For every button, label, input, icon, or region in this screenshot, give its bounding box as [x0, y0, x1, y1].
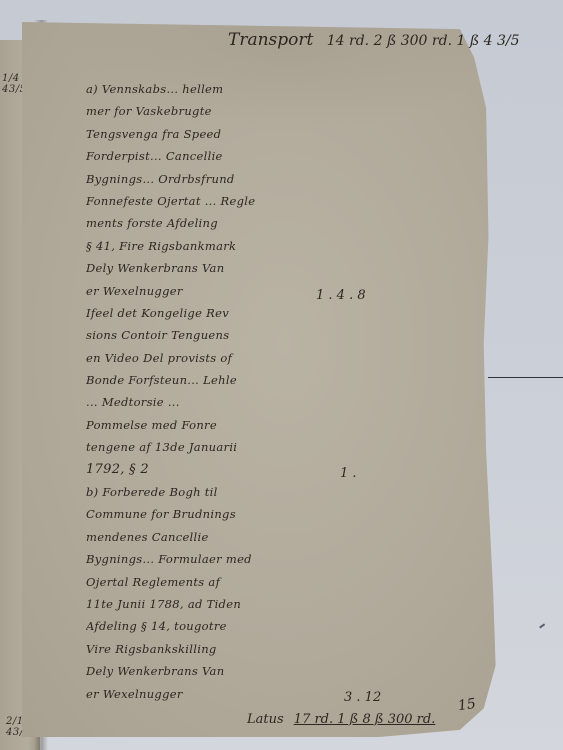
entry-line: 11te Junii 1788, ad Tiden: [86, 593, 396, 615]
entry-line: Dely Wenkerbrans Van: [86, 257, 396, 279]
entry-line: Bygnings... Ordrbsfrund: [86, 168, 396, 190]
entry-line: § 41, Fire Rigsbankmark: [86, 235, 396, 257]
corner-page-mark: 15: [457, 696, 477, 714]
entry-line: mendenes Cancellie: [86, 526, 396, 548]
transport-amounts: 14 rd. 2 ß 300 rd. 1 ß 4 3/5: [327, 33, 520, 49]
entry-b-amount: 3 . 12: [344, 690, 381, 705]
entry-line: Pommelse med Fonre: [86, 414, 396, 436]
background-thread: [488, 377, 563, 378]
latus-footer: Latus 17 rd. 1 ß 8 ß 300 rd.: [247, 712, 435, 727]
entry-line: Tengsvenga fra Speed: [86, 123, 396, 145]
entry-line: Ojertal Reglements af: [86, 571, 396, 593]
entry-line: Commune for Brudnings: [86, 503, 396, 525]
entry-line: ... Medtorsie ...: [86, 391, 396, 413]
entry-line: Afdeling § 14, tougotre: [86, 615, 396, 637]
ledger-body: a) Vennskabs... hellem mer for Vaskebrug…: [86, 78, 396, 705]
entry-line: Fonnefeste Ojertat ... Regle: [86, 190, 396, 212]
entry-line: Bonde Forfsteun... Lehle: [86, 369, 396, 391]
entry-line: ments forste Afdeling: [86, 212, 396, 234]
entry-line: mer for Vaskebrugte: [86, 100, 396, 122]
entry-line: tengene af 13de Januarii: [86, 436, 396, 458]
entry-2-amount: 1 .: [340, 466, 357, 481]
entry-line: Ifeel det Kongelige Rev: [86, 302, 396, 324]
entry-line: a) Vennskabs... hellem: [86, 78, 396, 100]
transport-label: Transport: [228, 30, 313, 50]
latus-label: Latus: [247, 712, 284, 727]
entry-line: en Video Del provists of: [86, 347, 396, 369]
entry-line: Dely Wenkerbrans Van: [86, 660, 396, 682]
latus-amounts: 17 rd. 1 ß 8 ß 300 rd.: [294, 712, 436, 727]
entry-line: b) Forberede Bogh til: [86, 481, 396, 503]
entry-line: sions Contoir Tenguens: [86, 324, 396, 346]
entry-line: Forderpist... Cancellie: [86, 145, 396, 167]
entry-line: Bygnings... Formulaer med: [86, 548, 396, 570]
transport-header: Transport 14 rd. 2 ß 300 rd. 1 ß 4 3/5: [228, 30, 520, 50]
entry-a-amount: 1 . 4 . 8: [316, 288, 366, 303]
entry-line: Vire Rigsbankskilling: [86, 638, 396, 660]
